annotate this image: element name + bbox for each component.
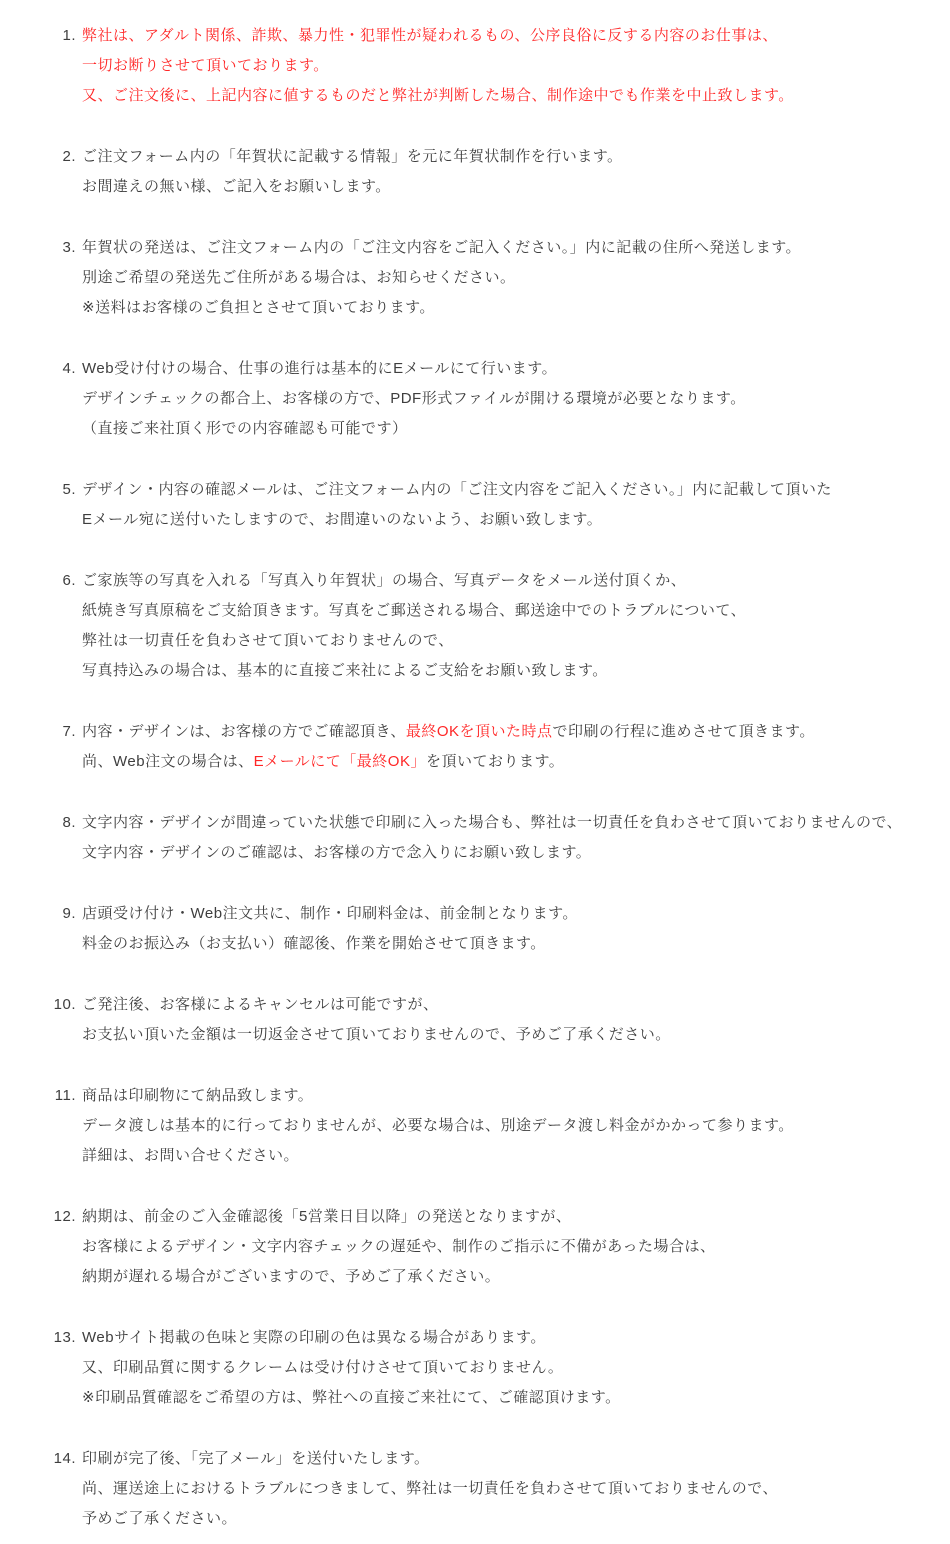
term-item: 10.ご発注後、お客様によるキャンセルは可能ですが、お支払い頂いた金額は一切返金… <box>0 990 940 1050</box>
term-text-segment: ご発注後、お客様によるキャンセルは可能ですが、 <box>82 996 439 1013</box>
terms-page: 1.弊社は、アダルト関係、詐欺、暴力性・犯罪性が疑われるもの、公序良俗に反する内… <box>0 0 950 1544</box>
term-item: 1.弊社は、アダルト関係、詐欺、暴力性・犯罪性が疑われるもの、公序良俗に反する内… <box>0 21 940 111</box>
term-number: 4. <box>0 354 76 384</box>
term-text-segment: Eメール宛に送付いたしますので、お間違いのないよう、お願い致します。 <box>82 511 602 528</box>
term-number: 7. <box>0 717 76 747</box>
term-text-segment: お支払い頂いた金額は一切返金させて頂いておりませんので、予めご了承ください。 <box>82 1026 671 1043</box>
term-text-segment: で印刷の行程に進めさせて頂きます。 <box>553 723 815 740</box>
term-number: 5. <box>0 475 76 505</box>
term-text: 弊社は、アダルト関係、詐欺、暴力性・犯罪性が疑われるもの、公序良俗に反する内容の… <box>82 21 940 111</box>
term-text-segment: 紙焼き写真原稿をご支給頂きます。写真をご郵送される場合、郵送途中でのトラブルにつ… <box>82 602 746 619</box>
term-item: 4.Web受け付けの場合、仕事の進行は基本的にEメールにて行います。デザインチェ… <box>0 354 940 444</box>
highlight-red-text: Eメールにて「最終OK」 <box>254 753 426 770</box>
term-item: 2.ご注文フォーム内の「年賀状に記載する情報」を元に年賀状制作を行います。お間違… <box>0 142 940 202</box>
term-text-segment: 予めご了承ください。 <box>82 1510 237 1527</box>
term-text-segment: Web受け付けの場合、仕事の進行は基本的にEメールにて行います。 <box>82 360 557 377</box>
term-text: ご発注後、お客様によるキャンセルは可能ですが、お支払い頂いた金額は一切返金させて… <box>82 990 940 1050</box>
term-text-segment: お間違えの無い様、ご記入をお願いします。 <box>82 178 391 195</box>
term-item: 8.文字内容・デザインが間違っていた状態で印刷に入った場合も、弊社は一切責任を負… <box>0 808 940 868</box>
term-number: 8. <box>0 808 76 838</box>
term-text-segment: ご家族等の写真を入れる「写真入り年賀状」の場合、写真データをメール送付頂くか、 <box>82 572 686 589</box>
term-text: Web受け付けの場合、仕事の進行は基本的にEメールにて行います。デザインチェック… <box>82 354 940 444</box>
term-text: デザイン・内容の確認メールは、ご注文フォーム内の「ご注文内容をご記入ください。」… <box>82 475 940 535</box>
term-number: 6. <box>0 566 76 596</box>
term-text-segment: を頂いております。 <box>426 753 564 770</box>
term-number: 13. <box>0 1323 76 1353</box>
term-number: 14. <box>0 1444 76 1474</box>
term-text-segment: ご注文フォーム内の「年賀状に記載する情報」を元に年賀状制作を行います。 <box>82 148 623 165</box>
term-text-segment: 内容・デザインは、お客様の方でご確認頂き、 <box>82 723 406 740</box>
term-text-segment: 別途ご希望の発送先ご住所がある場合は、お知らせください。 <box>82 269 516 286</box>
term-text-segment: 納期が遅れる場合がございますので、予めご了承ください。 <box>82 1268 500 1285</box>
term-text-segment: 尚、Web注文の場合は、 <box>82 753 254 770</box>
term-text-segment: ※印刷品質確認をご希望の方は、弊社への直接ご来社にて、ご確認頂けます。 <box>82 1389 621 1406</box>
term-text: ご注文フォーム内の「年賀状に記載する情報」を元に年賀状制作を行います。お間違えの… <box>82 142 940 202</box>
term-text-segment: 弊社は一切責任を負わさせて頂いておりませんので、 <box>82 632 454 649</box>
term-item: 14.印刷が完了後、「完了メール」を送付いたします。尚、運送途上におけるトラブル… <box>0 1444 940 1534</box>
term-number: 1. <box>0 21 76 51</box>
term-item: 7.内容・デザインは、お客様の方でご確認頂き、最終OKを頂いた時点で印刷の行程に… <box>0 717 940 777</box>
term-text-segment: デザイン・内容の確認メールは、ご注文フォーム内の「ご注文内容をご記入ください。」… <box>82 481 832 498</box>
term-text: Webサイト掲載の色味と実際の印刷の色は異なる場合があります。又、印刷品質に関す… <box>82 1323 940 1413</box>
term-text-segment: 詳細は、お問い合せください。 <box>82 1147 299 1164</box>
term-item: 6.ご家族等の写真を入れる「写真入り年賀状」の場合、写真データをメール送付頂くか… <box>0 566 940 686</box>
term-item: 5.デザイン・内容の確認メールは、ご注文フォーム内の「ご注文内容をご記入ください… <box>0 475 940 535</box>
term-number: 2. <box>0 142 76 172</box>
term-text: 文字内容・デザインが間違っていた状態で印刷に入った場合も、弊社は一切責任を負わさ… <box>82 808 940 868</box>
term-item: 11.商品は印刷物にて納品致します。データ渡しは基本的に行っておりませんが、必要… <box>0 1081 940 1171</box>
term-text-segment: 料金のお振込み（お支払い）確認後、作業を開始させて頂きます。 <box>82 935 546 952</box>
highlight-red-text: 最終OKを頂いた時点 <box>406 723 553 740</box>
terms-list: 1.弊社は、アダルト関係、詐欺、暴力性・犯罪性が疑われるもの、公序良俗に反する内… <box>0 21 940 1534</box>
term-number: 9. <box>0 899 76 929</box>
term-text-segment: デザインチェックの都合上、お客様の方で、PDF形式ファイルが開ける環境が必要とな… <box>82 390 746 407</box>
highlight-red-text: 弊社は、アダルト関係、詐欺、暴力性・犯罪性が疑われるもの、公序良俗に反する内容の… <box>82 27 778 44</box>
term-text-segment: 写真持込みの場合は、基本的に直接ご来社によるご支給をお願い致します。 <box>82 662 608 679</box>
term-text-segment: 年賀状の発送は、ご注文フォーム内の「ご注文内容をご記入ください。」内に記載の住所… <box>82 239 801 256</box>
term-text-segment: 文字内容・デザインが間違っていた状態で印刷に入った場合も、弊社は一切責任を負わさ… <box>82 814 902 831</box>
term-text-segment: 店頭受け付け・Web注文共に、制作・印刷料金は、前金制となります。 <box>82 905 578 922</box>
term-number: 12. <box>0 1202 76 1232</box>
term-text-segment: 又、印刷品質に関するクレームは受け付けさせて頂いておりません。 <box>82 1359 563 1376</box>
term-item: 9.店頭受け付け・Web注文共に、制作・印刷料金は、前金制となります。料金のお振… <box>0 899 940 959</box>
term-text-segment: 印刷が完了後、「完了メール」を送付いたします。 <box>82 1450 430 1467</box>
term-text-segment: 文字内容・デザインのご確認は、お客様の方で念入りにお願い致します。 <box>82 844 591 861</box>
term-item: 13.Webサイト掲載の色味と実際の印刷の色は異なる場合があります。又、印刷品質… <box>0 1323 940 1413</box>
highlight-red-text: 又、ご注文後に、上記内容に値するものだと弊社が判断した場合、制作途中でも作業を中… <box>82 87 794 104</box>
term-text-segment: データ渡しは基本的に行っておりませんが、必要な場合は、別途データ渡し料金がかかっ… <box>82 1117 794 1134</box>
term-text-segment: Webサイト掲載の色味と実際の印刷の色は異なる場合があります。 <box>82 1329 546 1346</box>
term-number: 10. <box>0 990 76 1020</box>
term-text: ご家族等の写真を入れる「写真入り年賀状」の場合、写真データをメール送付頂くか、紙… <box>82 566 940 686</box>
term-text: 納期は、前金のご入金確認後「5営業日目以降」の発送となりますが、お客様によるデザ… <box>82 1202 940 1292</box>
term-text-segment: （直接ご来社頂く形での内容確認も可能です） <box>82 420 408 437</box>
term-text: 印刷が完了後、「完了メール」を送付いたします。尚、運送途上におけるトラブルにつき… <box>82 1444 940 1534</box>
term-item: 3.年賀状の発送は、ご注文フォーム内の「ご注文内容をご記入ください。」内に記載の… <box>0 233 940 323</box>
highlight-red-text: 一切お断りさせて頂いております。 <box>82 57 329 74</box>
term-text-segment: ※送料はお客様のご負担とさせて頂いております。 <box>82 299 435 316</box>
term-text-segment: お客様によるデザイン・文字内容チェックの遅延や、制作のご指示に不備があった場合は… <box>82 1238 716 1255</box>
term-text-segment: 商品は印刷物にて納品致します。 <box>82 1087 313 1104</box>
term-text-segment: 尚、運送途上におけるトラブルにつきまして、弊社は一切責任を負わさせて頂いておりま… <box>82 1480 778 1497</box>
term-text: 店頭受け付け・Web注文共に、制作・印刷料金は、前金制となります。料金のお振込み… <box>82 899 940 959</box>
term-number: 3. <box>0 233 76 263</box>
term-text: 商品は印刷物にて納品致します。データ渡しは基本的に行っておりませんが、必要な場合… <box>82 1081 940 1171</box>
term-number: 11. <box>0 1081 76 1111</box>
term-item: 12.納期は、前金のご入金確認後「5営業日目以降」の発送となりますが、お客様によ… <box>0 1202 940 1292</box>
term-text: 内容・デザインは、お客様の方でご確認頂き、最終OKを頂いた時点で印刷の行程に進め… <box>82 717 940 777</box>
term-text: 年賀状の発送は、ご注文フォーム内の「ご注文内容をご記入ください。」内に記載の住所… <box>82 233 940 323</box>
term-text-segment: 納期は、前金のご入金確認後「5営業日目以降」の発送となりますが、 <box>82 1208 571 1225</box>
